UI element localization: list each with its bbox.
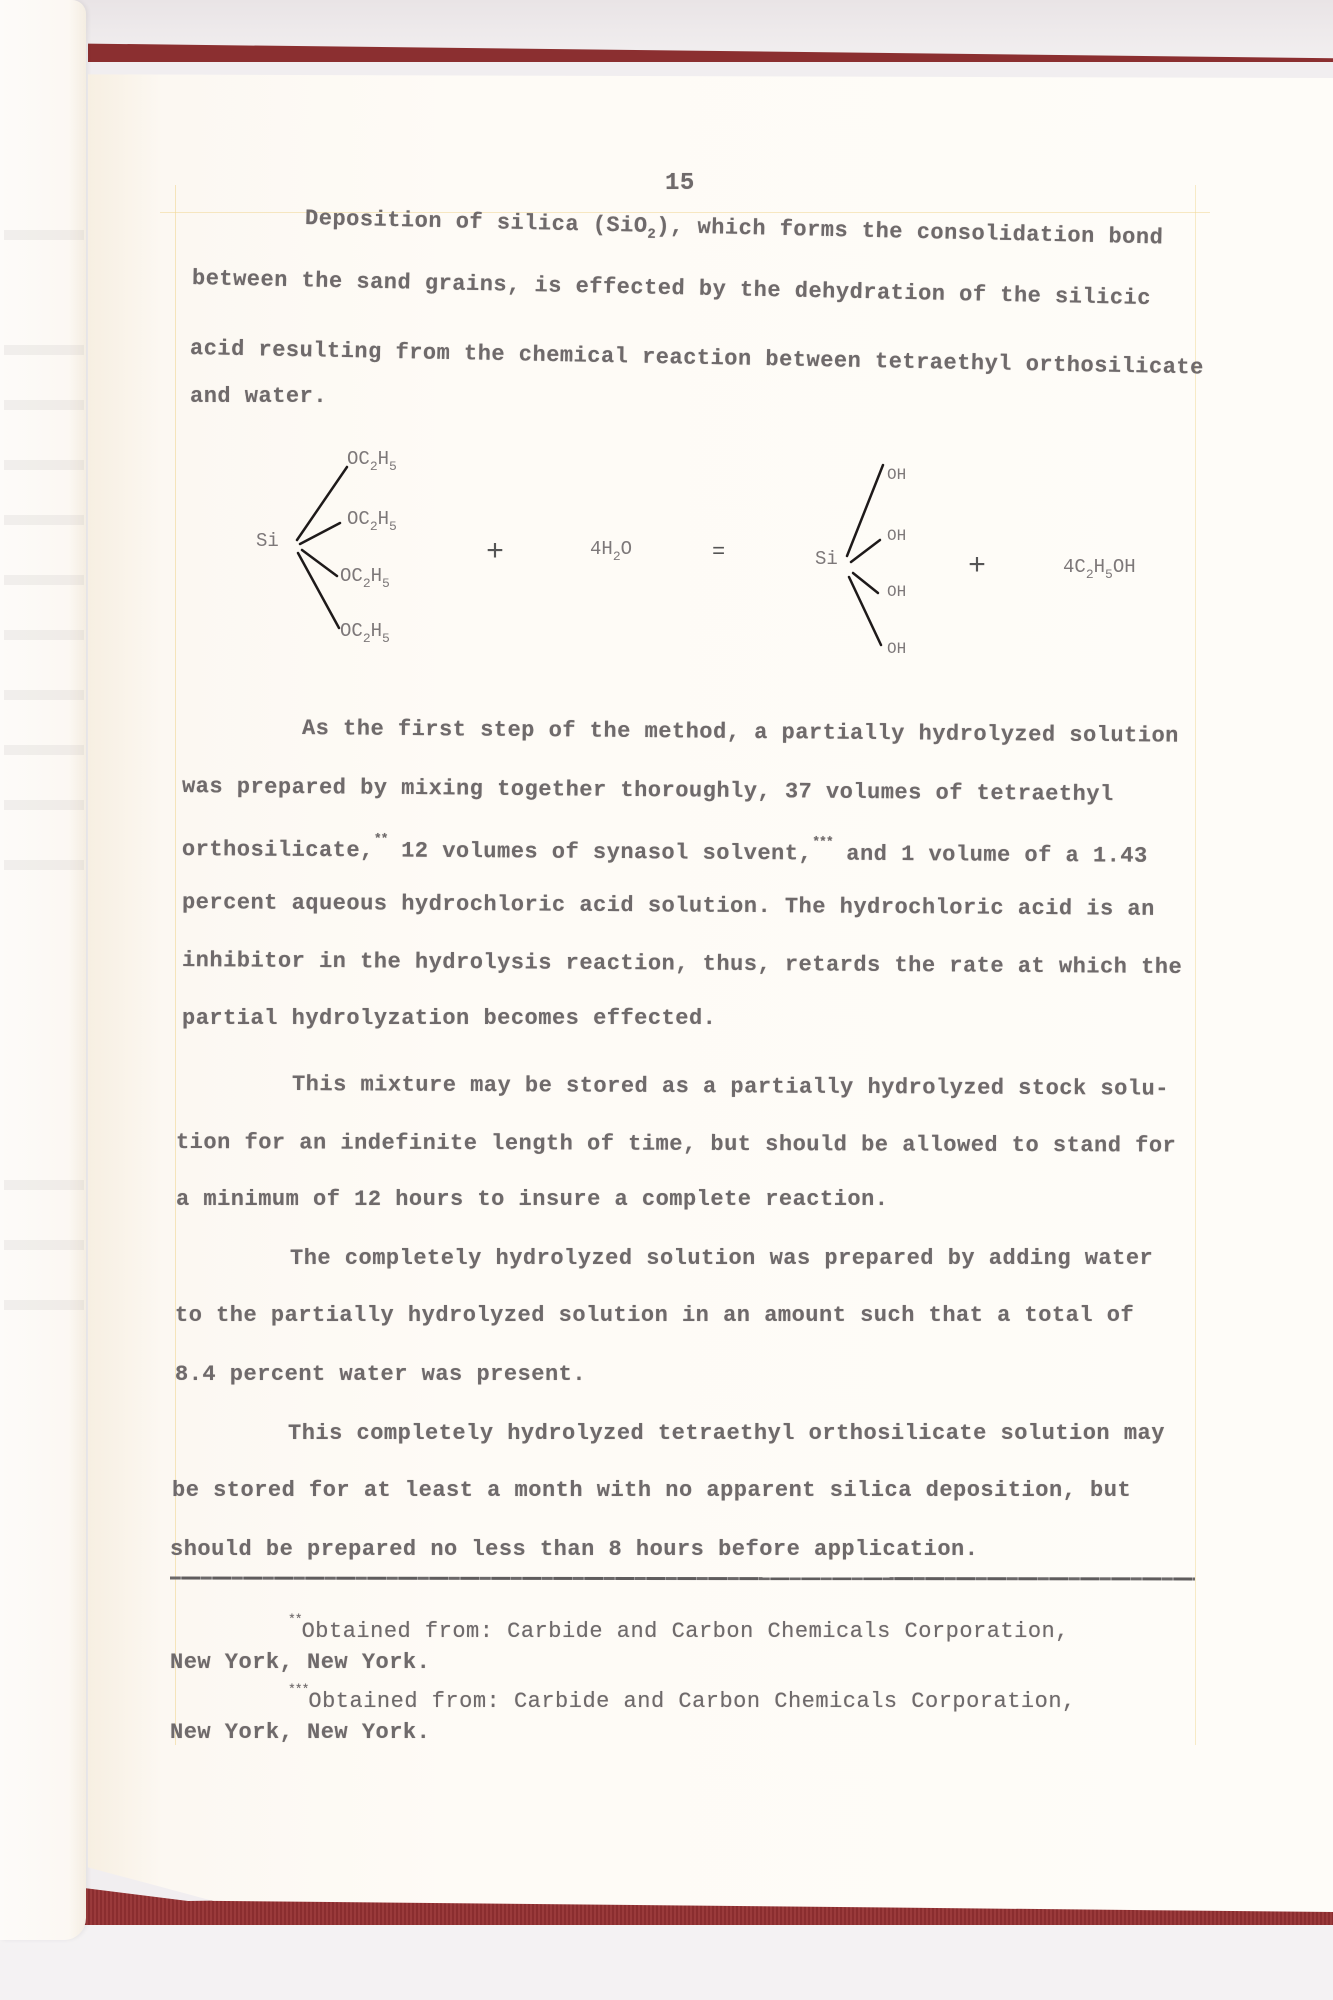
footnote: **Obtained from: Carbide and Carbon Chem…	[288, 1612, 1069, 1644]
footnote: New York, New York.	[170, 1650, 430, 1675]
text-line: tion for an indefinite length of time, b…	[176, 1130, 1176, 1158]
facing-page-edge	[0, 0, 86, 1940]
text-line: should be prepared no less than 8 hours …	[170, 1537, 978, 1562]
text-line: This mixture may be stored as a partiall…	[292, 1072, 1169, 1102]
page-number: 15	[665, 170, 695, 197]
text-line: be stored for at least a month with no a…	[172, 1478, 1131, 1503]
footnote-marker: **	[288, 1612, 302, 1627]
text-line: orthosilicate,** 12 volumes of synasol s…	[182, 830, 1148, 869]
footnote-marker: **	[374, 831, 388, 846]
footnote-marker: ***	[812, 834, 833, 849]
text-line: a minimum of 12 hours to insure a comple…	[176, 1187, 889, 1212]
text-line: partial hydrolyzation becomes effected.	[182, 1006, 716, 1031]
margin-guide-right	[1195, 185, 1196, 1745]
text-line: This completely hydrolyzed tetraethyl or…	[288, 1421, 1165, 1446]
footnote-marker: ***	[288, 1682, 308, 1697]
text-line: The completely hydrolyzed solution was p…	[290, 1246, 1153, 1271]
background-surface-bottom	[0, 1920, 1333, 2000]
margin-guide	[175, 185, 176, 1745]
text-line: 8.4 percent water was present.	[175, 1362, 586, 1387]
text-line: and water.	[190, 384, 327, 409]
footnote: New York, New York.	[170, 1720, 430, 1745]
footnote: ***Obtained from: Carbide and Carbon Che…	[288, 1682, 1076, 1714]
text-line: to the partially hydrolyzed solution in …	[175, 1303, 1134, 1328]
